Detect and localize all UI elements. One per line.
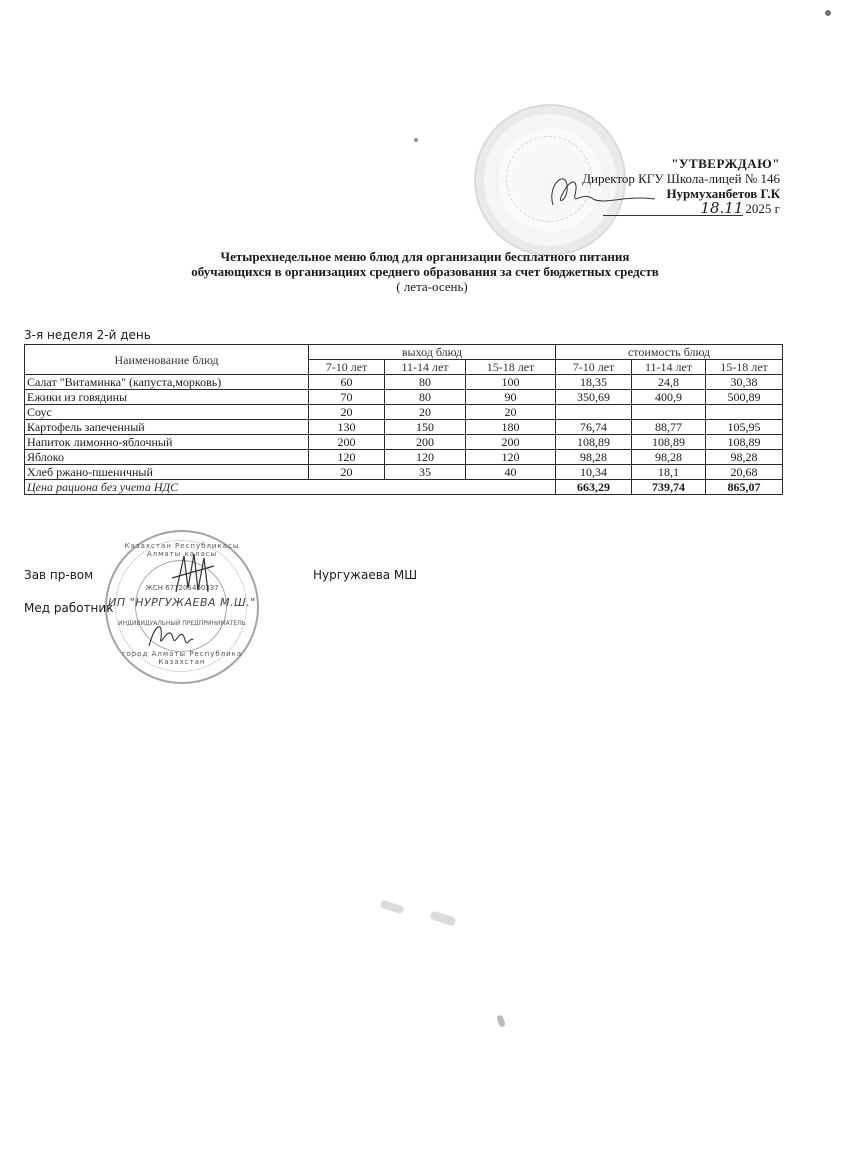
cost-value: 98,28 bbox=[632, 450, 706, 465]
output-value: 40 bbox=[466, 465, 556, 480]
cost-value bbox=[706, 405, 783, 420]
output-value: 120 bbox=[466, 450, 556, 465]
cost-value: 30,38 bbox=[706, 375, 783, 390]
total-cost: 663,29 bbox=[556, 480, 632, 495]
output-value: 130 bbox=[309, 420, 385, 435]
col-header-age: 15-18 лет bbox=[466, 360, 556, 375]
dish-name: Яблоко bbox=[25, 450, 309, 465]
output-value: 200 bbox=[385, 435, 466, 450]
approval-block: "УТВЕРЖДАЮ" Директор КГУ Школа-лицей № 1… bbox=[582, 156, 780, 216]
dish-name: Картофель запеченный bbox=[25, 420, 309, 435]
cost-value: 88,77 bbox=[632, 420, 706, 435]
output-value: 200 bbox=[466, 435, 556, 450]
cost-value: 108,89 bbox=[706, 435, 783, 450]
title-line-1: Четырехнедельное меню блюд для организац… bbox=[0, 249, 850, 264]
approval-date: 18.112025 г bbox=[582, 201, 780, 216]
output-value: 20 bbox=[309, 465, 385, 480]
table-row: Соус202020 bbox=[25, 405, 783, 420]
total-cost: 739,74 bbox=[632, 480, 706, 495]
table-row: Яблоко12012012098,2898,2898,28 bbox=[25, 450, 783, 465]
output-value: 20 bbox=[309, 405, 385, 420]
scan-smudge bbox=[379, 899, 404, 914]
dish-name: Ежики из говядины bbox=[25, 390, 309, 405]
table-row: Картофель запеченный13015018076,7488,771… bbox=[25, 420, 783, 435]
med-signature bbox=[145, 616, 195, 652]
output-value: 35 bbox=[385, 465, 466, 480]
output-value: 180 bbox=[466, 420, 556, 435]
cost-value: 400,9 bbox=[632, 390, 706, 405]
scan-smudge bbox=[824, 9, 832, 17]
approval-name: Нурмуханбетов Г.К bbox=[582, 186, 780, 201]
table-row: Хлеб ржано-пшеничный20354010,3418,120,68 bbox=[25, 465, 783, 480]
zav-name: Нургужаева МШ bbox=[313, 568, 417, 582]
col-header-age: 15-18 лет bbox=[706, 360, 783, 375]
col-header-age: 11-14 лет bbox=[385, 360, 466, 375]
dish-name: Хлеб ржано-пшеничный bbox=[25, 465, 309, 480]
cost-value bbox=[556, 405, 632, 420]
total-cost: 865,07 bbox=[706, 480, 783, 495]
output-value: 100 bbox=[466, 375, 556, 390]
col-header-age: 7-10 лет bbox=[556, 360, 632, 375]
title-line-2: обучающихся в организациях среднего обра… bbox=[0, 264, 850, 279]
handwritten-date: 18.11 bbox=[603, 201, 743, 216]
output-value: 150 bbox=[385, 420, 466, 435]
cost-value: 108,89 bbox=[556, 435, 632, 450]
zav-label: Зав пр-вом bbox=[24, 568, 93, 582]
output-value: 80 bbox=[385, 390, 466, 405]
cost-value: 98,28 bbox=[556, 450, 632, 465]
cost-value: 105,95 bbox=[706, 420, 783, 435]
stamp-bottom-text: город Алматы Республика Казахстан bbox=[107, 650, 257, 666]
col-header-name: Наименование блюд bbox=[25, 345, 309, 375]
cost-value: 20,68 bbox=[706, 465, 783, 480]
table-footer-row: Цена рациона без учета НДС 663,29 739,74… bbox=[25, 480, 783, 495]
table-row: Ежики из говядины708090350,69400,9500,89 bbox=[25, 390, 783, 405]
output-value: 70 bbox=[309, 390, 385, 405]
output-value: 120 bbox=[309, 450, 385, 465]
document-title: Четырехнедельное меню блюд для организац… bbox=[0, 249, 850, 294]
menu-table: Наименование блюд выход блюд стоимость б… bbox=[24, 344, 783, 495]
approval-heading: "УТВЕРЖДАЮ" bbox=[582, 156, 780, 171]
zav-signature bbox=[168, 548, 218, 598]
table-row: Салат "Витаминка" (капуста,морковь)60801… bbox=[25, 375, 783, 390]
cost-value: 18,1 bbox=[632, 465, 706, 480]
table-row: Напиток лимонно-яблочный200200200108,891… bbox=[25, 435, 783, 450]
approval-year: 2025 г bbox=[745, 201, 780, 216]
scan-smudge bbox=[429, 910, 457, 927]
dish-name: Салат "Витаминка" (капуста,морковь) bbox=[25, 375, 309, 390]
col-group-output: выход блюд bbox=[309, 345, 556, 360]
approval-position: Директор КГУ Школа-лицей № 146 bbox=[582, 171, 780, 186]
cost-value: 350,69 bbox=[556, 390, 632, 405]
cost-value: 108,89 bbox=[632, 435, 706, 450]
scan-smudge bbox=[413, 137, 418, 142]
cost-value: 18,35 bbox=[556, 375, 632, 390]
cost-value: 500,89 bbox=[706, 390, 783, 405]
output-value: 200 bbox=[309, 435, 385, 450]
scan-smudge bbox=[496, 1014, 506, 1027]
cost-value: 24,8 bbox=[632, 375, 706, 390]
col-header-age: 7-10 лет bbox=[309, 360, 385, 375]
title-season: ( лета-осень) bbox=[0, 279, 850, 294]
output-value: 80 bbox=[385, 375, 466, 390]
dish-name: Напиток лимонно-яблочный bbox=[25, 435, 309, 450]
cost-value: 98,28 bbox=[706, 450, 783, 465]
output-value: 120 bbox=[385, 450, 466, 465]
cost-value: 10,34 bbox=[556, 465, 632, 480]
output-value: 90 bbox=[466, 390, 556, 405]
cost-value bbox=[632, 405, 706, 420]
output-value: 20 bbox=[466, 405, 556, 420]
cost-value: 76,74 bbox=[556, 420, 632, 435]
col-group-cost: стоимость блюд bbox=[556, 345, 783, 360]
dish-name: Соус bbox=[25, 405, 309, 420]
footer-label: Цена рациона без учета НДС bbox=[25, 480, 556, 495]
output-value: 20 bbox=[385, 405, 466, 420]
col-header-age: 11-14 лет bbox=[632, 360, 706, 375]
week-day-label: 3-я неделя 2-й день bbox=[24, 328, 151, 342]
output-value: 60 bbox=[309, 375, 385, 390]
table-header-row: Наименование блюд выход блюд стоимость б… bbox=[25, 345, 783, 360]
